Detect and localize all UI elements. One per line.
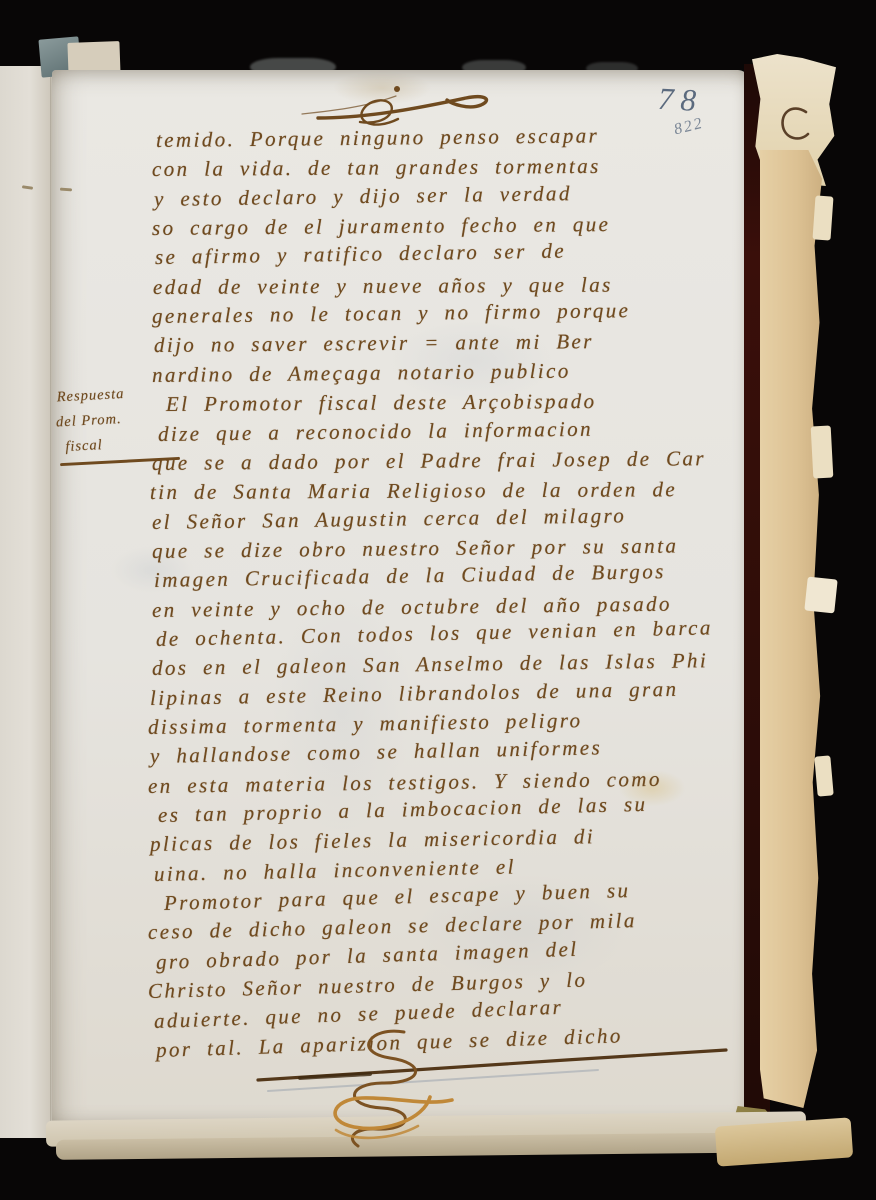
manuscript-line: nardino de Ameçaga notario publico	[152, 358, 571, 387]
manuscript-text: temido. Porque ninguno penso escaparcon …	[152, 128, 727, 1078]
manuscript-line: el Señor San Augustin cerca del milagro	[152, 503, 627, 535]
manuscript-line: y esto declaro y dijo ser la verdad	[154, 181, 572, 212]
manuscript-line: dize que a reconocido la informacion	[158, 416, 593, 446]
manuscript-line: edad de veinte y nueve años y que las	[153, 272, 613, 299]
manuscript-line: tin de Santa Maria Religioso de la orden…	[150, 477, 677, 505]
page-fragment	[812, 195, 833, 240]
manuscript-line: so cargo de el juramento fecho en que	[152, 212, 611, 241]
manuscript-line: dijo no saver escrevir = ante mi Ber	[154, 330, 594, 359]
page-fragment	[814, 755, 833, 796]
manuscript-line: dissima tormenta y manifiesto peligro	[148, 708, 583, 740]
manuscript-line: dos en el galeon San Anselmo de las Isla…	[152, 649, 708, 682]
manuscript-line: y hallandose como se hallan uniformes	[150, 736, 603, 770]
photo-stage: 78 822 Respuesta del Prom. fiscal temido…	[0, 0, 876, 1200]
manuscript-line: se afirmo y ratifico declaro ser de	[155, 239, 566, 270]
manuscript-line: con la vida. de tan grandes tormentas	[152, 154, 601, 182]
binding-slit-mark	[60, 188, 72, 192]
manuscript-line: lipinas a este Reino librandolos de una …	[150, 676, 679, 710]
manuscript-line: plicas de los fieles la misericordia di	[150, 825, 595, 858]
bottom-right-page-corner	[715, 1117, 853, 1166]
folio-number: 78	[657, 81, 704, 119]
manuscript-line: temido. Porque ninguno penso escapar	[156, 123, 599, 153]
facing-page-edge	[0, 66, 54, 1138]
frayed-pages-strip	[760, 150, 822, 1108]
manuscript-page: 78 822 Respuesta del Prom. fiscal temido…	[52, 70, 748, 1126]
page-fragment	[804, 577, 837, 614]
manuscript-line: generales no le tocan y no firmo porque	[152, 298, 631, 329]
manuscript-line: que se a dado por el Padre frai Josep de…	[152, 446, 706, 476]
manuscript-line: El Promotor fiscal deste Arçobispado	[166, 389, 597, 417]
page-fragment	[811, 426, 834, 479]
manuscript-line: imagen Crucificada de la Ciudad de Burgo…	[154, 559, 666, 593]
